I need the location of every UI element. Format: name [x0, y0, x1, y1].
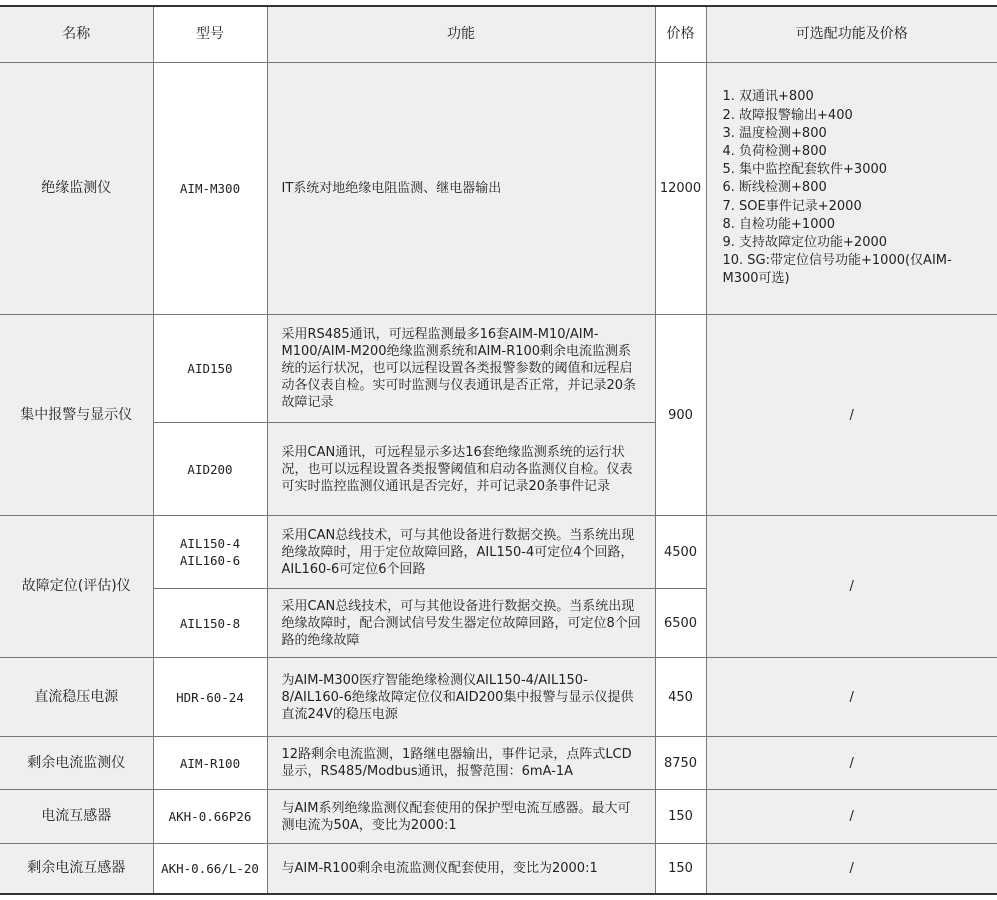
header-options: 可选配功能及价格 — [706, 6, 997, 63]
options-none: / — [706, 737, 997, 790]
model-line: AIL160-6 — [154, 552, 267, 569]
product-name: 剩余电流监测仪 — [0, 737, 153, 790]
product-price: 6500 — [655, 589, 706, 658]
options-none: / — [706, 315, 997, 516]
product-function: 采用CAN通讯，可远程显示多达16套绝缘监测系统的运行状况，也可以远程设置各类报… — [267, 423, 655, 516]
option-item: 1. 双通讯+800 — [723, 88, 988, 106]
product-name: 集中报警与显示仪 — [0, 315, 153, 516]
product-name: 直流稳压电源 — [0, 658, 153, 737]
option-item: 9. 支持故障定位功能+2000 — [723, 234, 988, 252]
product-function: 采用CAN总线技术，可与其他设备进行数据交换。当系统出现绝缘故障时，用于定位故障… — [267, 516, 655, 589]
options-none: / — [706, 844, 997, 894]
product-model: AID200 — [153, 423, 267, 516]
product-model: AKH-0.66/L-20 — [153, 844, 267, 894]
product-model: AIL150-8 — [153, 589, 267, 658]
product-function: 为AIM-M300医疗智能绝缘检测仪AIL150-4/AIL150-8/AIL1… — [267, 658, 655, 737]
option-item: 7. SOE事件记录+2000 — [723, 198, 988, 216]
table-row: 集中报警与显示仪 AID150 采用RS485通讯，可远程监测最多16套AIM-… — [0, 315, 997, 423]
product-model: AIL150-4 AIL160-6 — [153, 516, 267, 589]
product-price: 12000 — [655, 63, 706, 315]
option-item: 4. 负荷检测+800 — [723, 143, 988, 161]
product-price: 8750 — [655, 737, 706, 790]
header-price: 价格 — [655, 6, 706, 63]
header-name: 名称 — [0, 6, 153, 63]
product-price: 4500 — [655, 516, 706, 589]
product-price: 900 — [655, 315, 706, 516]
option-item: 3. 温度检测+800 — [723, 125, 988, 143]
product-model: HDR-60-24 — [153, 658, 267, 737]
header-function: 功能 — [267, 6, 655, 63]
product-function: IT系统对地绝缘电阻监测、继电器输出 — [267, 63, 655, 315]
product-function: 12路剩余电流监测，1路继电器输出，事件记录，点阵式LCD显示，RS485/Mo… — [267, 737, 655, 790]
product-price-table: 名称 型号 功能 价格 可选配功能及价格 绝缘监测仪 AIM-M300 IT系统… — [0, 5, 997, 895]
option-item: 10. SG:带定位信号功能+1000(仅AIM-M300可选) — [723, 252, 988, 288]
options-none: / — [706, 658, 997, 737]
product-name: 剩余电流互感器 — [0, 844, 153, 894]
product-model: AIM-R100 — [153, 737, 267, 790]
product-price: 150 — [655, 790, 706, 844]
product-model: AKH-0.66P26 — [153, 790, 267, 844]
options-list: 1. 双通讯+800 2. 故障报警输出+400 3. 温度检测+800 4. … — [706, 63, 997, 315]
product-function: 采用RS485通讯，可远程监测最多16套AIM-M10/AIM-M100/AIM… — [267, 315, 655, 423]
model-line: AIL150-4 — [154, 535, 267, 552]
table-row: 直流稳压电源 HDR-60-24 为AIM-M300医疗智能绝缘检测仪AIL15… — [0, 658, 997, 737]
product-price: 150 — [655, 844, 706, 894]
option-item: 5. 集中监控配套软件+3000 — [723, 161, 988, 179]
product-model: AIM-M300 — [153, 63, 267, 315]
table-row: 故障定位(评估)仪 AIL150-4 AIL160-6 采用CAN总线技术，可与… — [0, 516, 997, 589]
header-model: 型号 — [153, 6, 267, 63]
product-price: 450 — [655, 658, 706, 737]
option-item: 8. 自检功能+1000 — [723, 216, 988, 234]
product-name: 电流互感器 — [0, 790, 153, 844]
table-row: 剩余电流监测仪 AIM-R100 12路剩余电流监测，1路继电器输出，事件记录，… — [0, 737, 997, 790]
option-item: 2. 故障报警输出+400 — [723, 107, 988, 125]
product-function: 与AIM-R100剩余电流监测仪配套使用，变比为2000:1 — [267, 844, 655, 894]
product-model: AID150 — [153, 315, 267, 423]
options-none: / — [706, 790, 997, 844]
table-row: 剩余电流互感器 AKH-0.66/L-20 与AIM-R100剩余电流监测仪配套… — [0, 844, 997, 894]
product-name: 绝缘监测仪 — [0, 63, 153, 315]
table-header-row: 名称 型号 功能 价格 可选配功能及价格 — [0, 6, 997, 63]
option-item: 6. 断线检测+800 — [723, 179, 988, 197]
options-none: / — [706, 516, 997, 658]
table-row: 绝缘监测仪 AIM-M300 IT系统对地绝缘电阻监测、继电器输出 12000 … — [0, 63, 997, 315]
product-function: 采用CAN总线技术，可与其他设备进行数据交换。当系统出现绝缘故障时，配合测试信号… — [267, 589, 655, 658]
table-row: 电流互感器 AKH-0.66P26 与AIM系列绝缘监测仪配套使用的保护型电流互… — [0, 790, 997, 844]
product-function: 与AIM系列绝缘监测仪配套使用的保护型电流互感器。最大可测电流为50A，变比为2… — [267, 790, 655, 844]
product-name: 故障定位(评估)仪 — [0, 516, 153, 658]
